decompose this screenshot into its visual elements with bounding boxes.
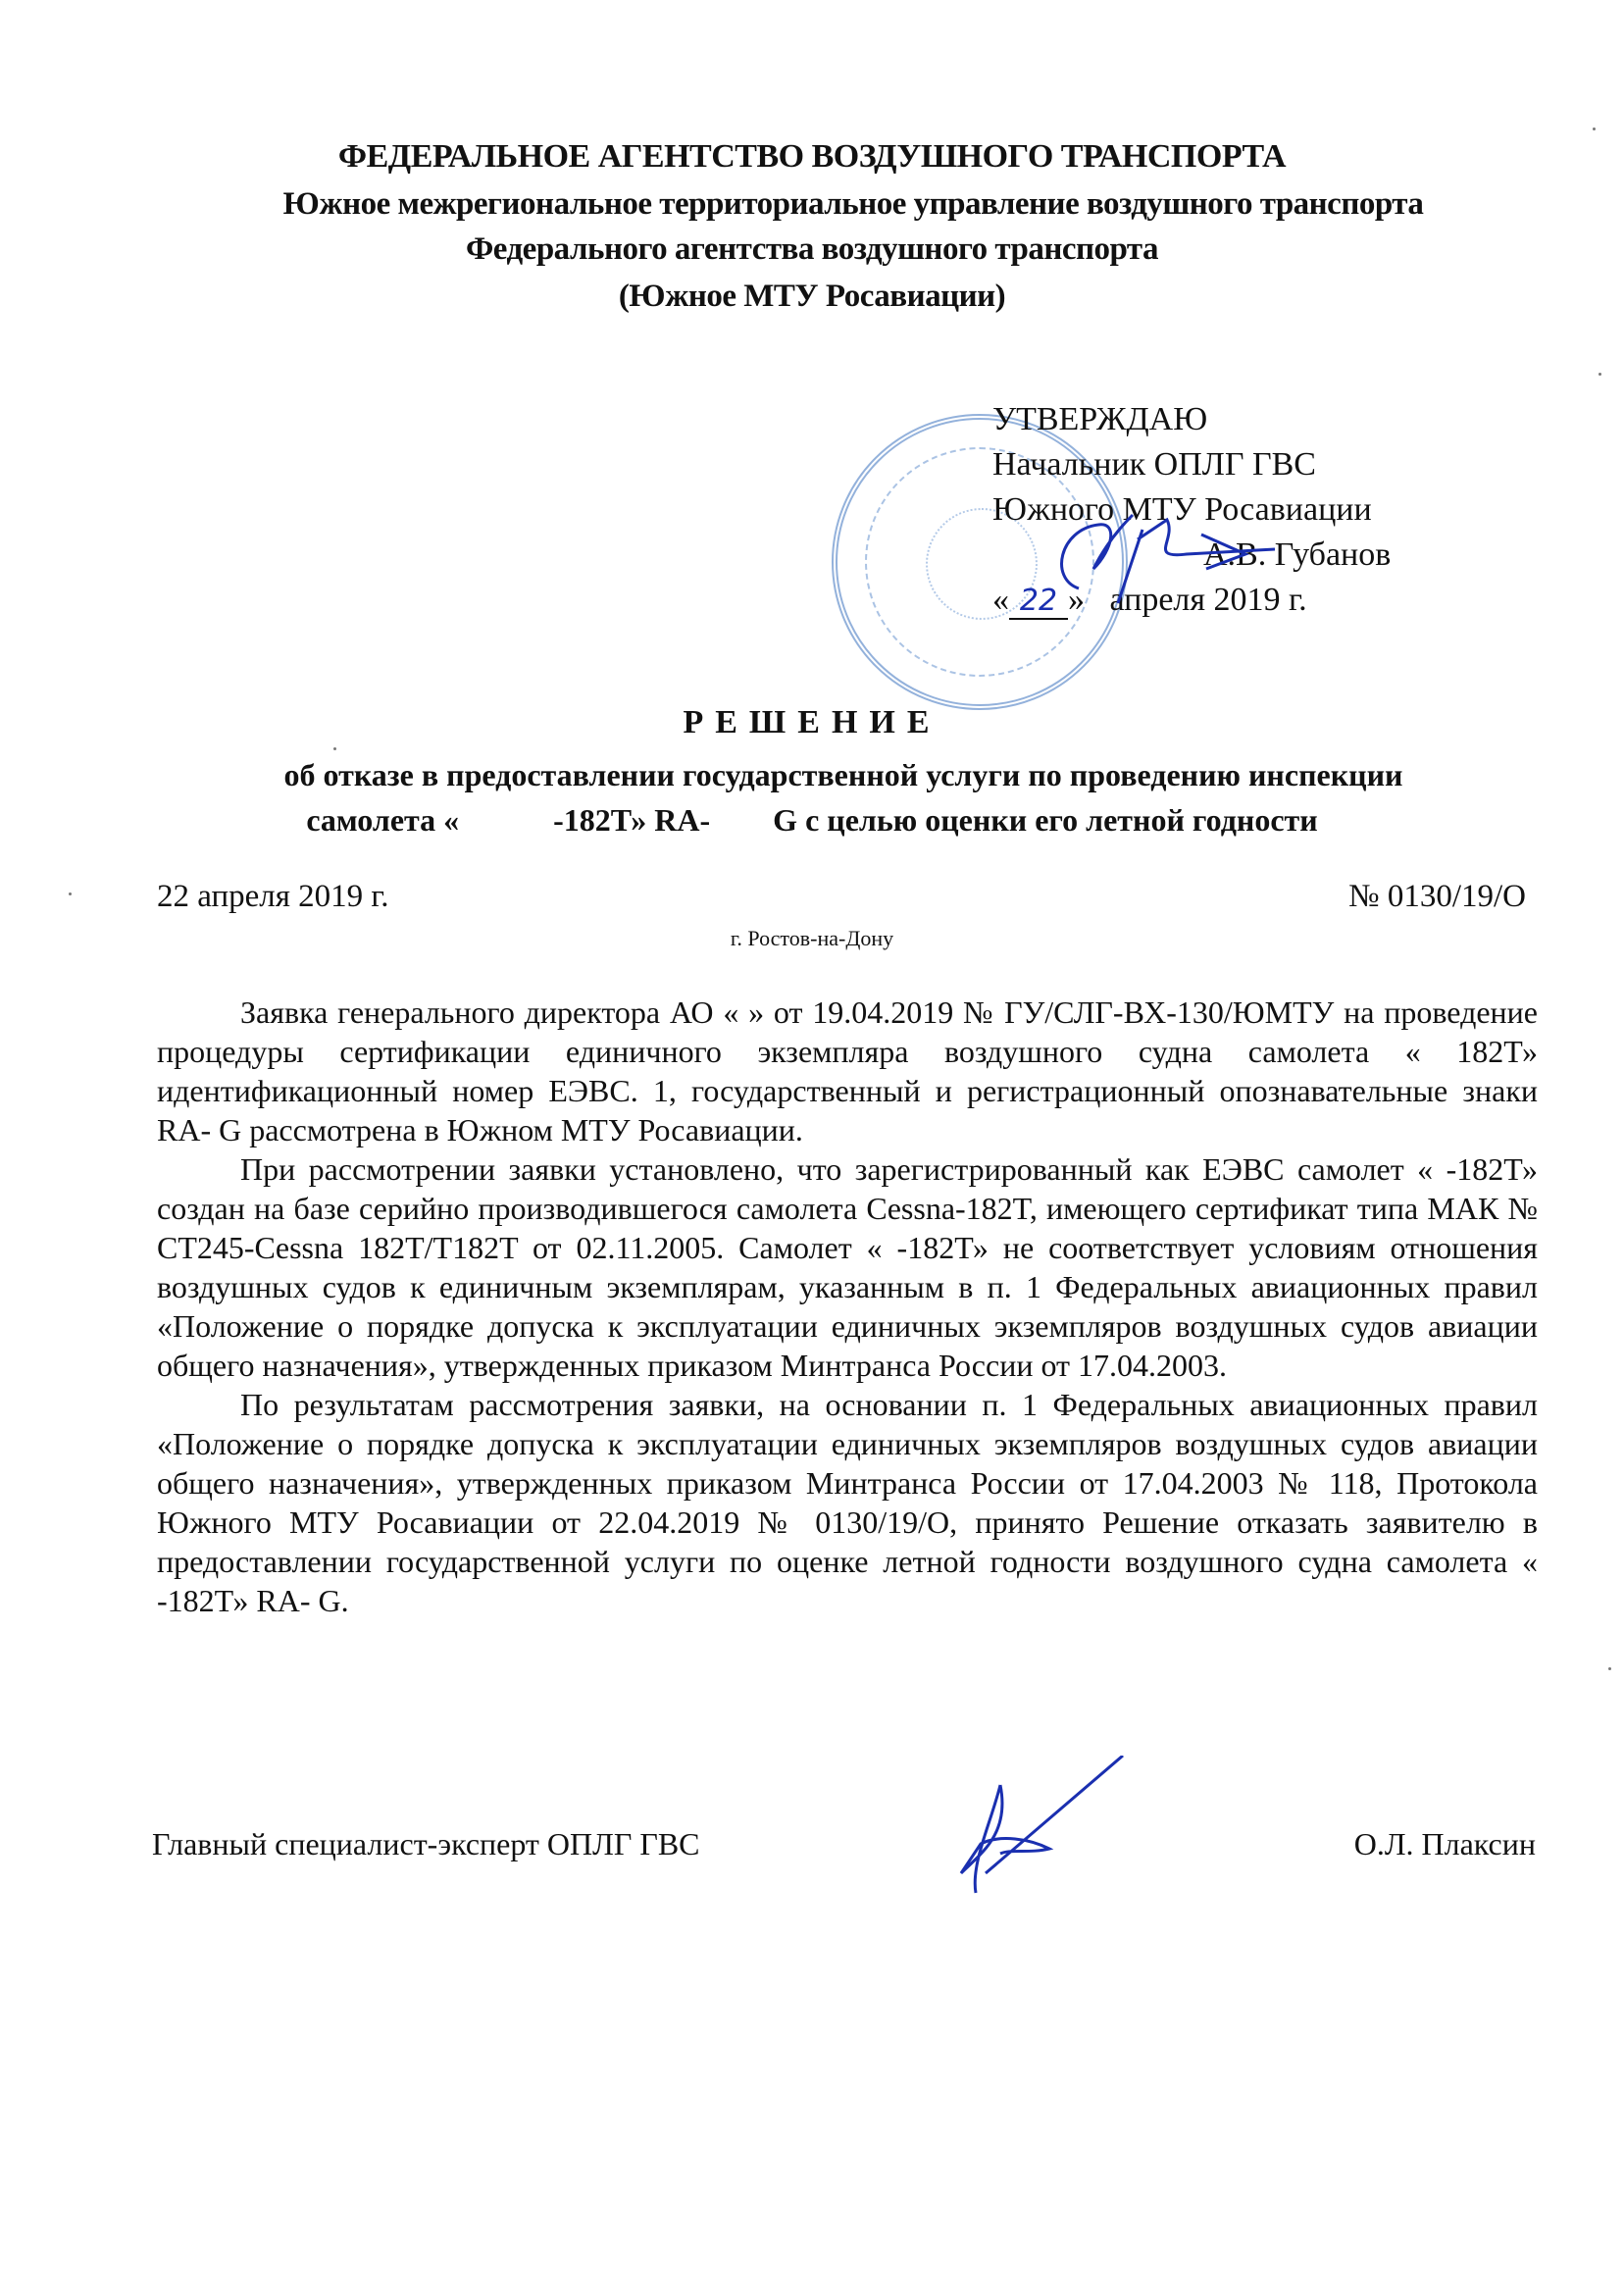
approval-position-line1: Начальник ОПЛГ ГВС [992,442,1391,487]
body-paragraph: При рассмотрении заявки установлено, что… [157,1149,1538,1385]
approval-date-open-quote: « [992,582,1009,618]
scan-speck [1608,1667,1611,1670]
document-city: г. Ростов-на-Дону [0,926,1624,951]
document-title: РЕШЕНИЕ [0,704,1624,741]
scan-speck [333,747,336,750]
signer-role: Главный специалист-эксперт ОПЛГ ГВС [152,1826,700,1862]
approver-signature-icon [1040,510,1334,618]
department-short-name: (Южное МТУ Росавиации) [0,277,1624,316]
scan-speck [1593,127,1596,130]
approval-label: УТВЕРЖДАЮ [992,397,1391,442]
body-paragraph: Заявка генерального директора АО « » от … [157,993,1538,1149]
body-paragraph: По результатам рассмотрения заявки, на о… [157,1385,1538,1620]
agency-name: ФЕДЕРАЛЬНОЕ АГЕНТСТВО ВОЗДУШНОГО ТРАНСПО… [0,137,1624,177]
department-name-line2: Федерального агентства воздушного трансп… [0,229,1624,269]
document-subtitle-line2: самолета « -182Т» RA- G с целью оценки е… [0,798,1624,841]
document-date: 22 апреля 2019 г. [157,879,388,915]
signer-signature-icon [941,1756,1138,1903]
document-number: № 0130/19/О [1348,879,1526,915]
document-body: Заявка генерального директора АО « » от … [157,993,1538,1620]
signer-name: О.Л. Плаксин [1354,1826,1536,1862]
scan-speck [1599,373,1601,376]
department-name-line1: Южное межрегиональное территориальное уп… [157,184,1549,224]
scan-speck [69,892,72,895]
document-subtitle-line1: об отказе в предоставлении государственн… [157,753,1530,796]
